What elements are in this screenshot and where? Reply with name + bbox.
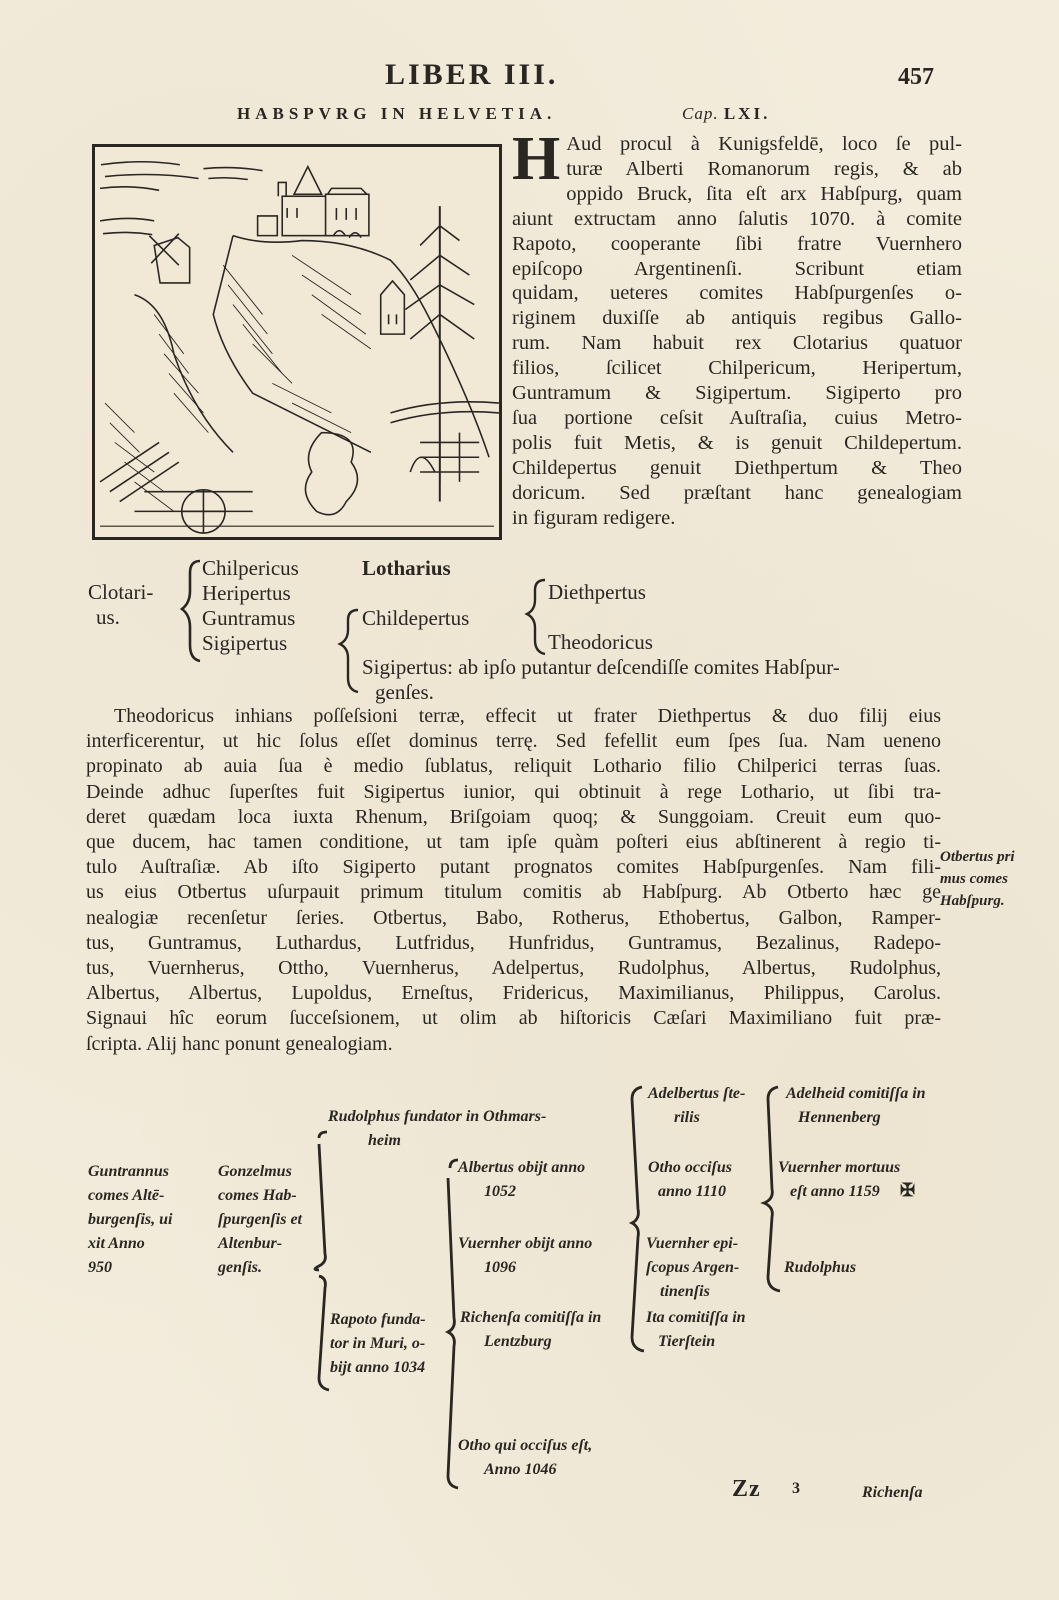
body-line: Signaui hîc eorum ſucceſsionem, ut olim … [86,1006,941,1031]
intro-line: Aud procul à Kunigsfeldē, loco ſe pul- [512,132,962,157]
node-line: Richenſa comitiſſa in [460,1306,601,1330]
node-line: 1096 [458,1256,592,1280]
intro-line: oppido Bruck, ſita eſt arx Habſpurg, qua… [512,182,962,207]
node-line: Guntrannus [88,1160,172,1184]
node-adelbertus: Adelbertus ſte- rilis [648,1082,745,1130]
marginal-line: mus comes [940,868,1050,890]
sigipertus-note-cont: genſes. [375,680,434,705]
woodcut-illustration [92,144,502,540]
marginal-line: Habſpurg. [940,890,1050,912]
intro-line: polis fuit Metis, & is genuit Childepert… [512,431,962,456]
great-grandson: Diethpertus [548,580,646,605]
intro-line: Guntramum & Sigipertum. Sigiperto pro [512,381,962,406]
node-line: ſcopus Argen- [646,1256,739,1280]
node-line: burgenſis, ui [88,1208,172,1232]
node-albertus: Albertus obijt anno 1052 [458,1156,585,1204]
signature-mark: Zz [732,1476,761,1503]
intro-line: in figuram redigere. [512,506,962,531]
marginal-note: Otbertus pri mus comes Habſpurg. [940,846,1050,912]
intro-line: doricum. Sed præſtant hanc genealogiam [512,481,962,506]
node-line: comes Hab- [218,1184,302,1208]
root-name-cont: us. [88,605,153,630]
intro-line: epiſcopo Argentinenſi. Scribunt etiam [512,257,962,282]
node-line: Vuernher obijt anno [458,1232,592,1256]
body-line: tus, Vuernherus, Ottho, Vuernherus, Adel… [86,956,941,981]
sigipertus-note: Sigipertus: ab ipſo putantur deſcendiſſe… [362,655,840,680]
intro-line: ſua portione ceſsit Auſtraſia, cuius Met… [512,406,962,431]
node-line: rilis [648,1106,745,1130]
marginal-line: Otbertus pri [940,846,1050,868]
intro-paragraph: H Aud procul à Kunigsfeldē, loco ſe pul-… [512,132,962,531]
body-paragraph: Theodoricus inhians poſſeſsioni terræ, e… [86,704,941,1057]
root-clotarius: Clotari- us. [88,580,153,630]
root-name: Clotari- [88,580,153,605]
brace-icon [525,578,549,658]
ornament-icon: ✠ [900,1178,915,1202]
sons-list: Chilpericus Heripertus Guntramus Sigiper… [202,556,299,656]
intro-line: quidam, ueteres comites Habſpurgenſes o- [512,281,962,306]
node-line: 1052 [458,1180,585,1204]
grandson-childepertus: Childepertus [362,606,469,631]
great-grandson: Theodoricus [548,630,653,655]
node-line: bijt anno 1034 [330,1356,426,1380]
node-rapoto: Rapoto funda- tor in Muri, o- bijt anno … [330,1308,426,1380]
body-line: deret quædam loca iuxta Rhenum, Briſgoia… [86,805,941,830]
node-line: comes Altē- [88,1184,172,1208]
body-line: que ducem, hac tamen conditione, ut tam … [86,830,941,855]
node-line: Hennenberg [786,1106,926,1130]
node-ita: Ita comitiſſa in Tierſtein [646,1306,746,1354]
node-line: heim [328,1129,546,1153]
node-line: Gonzelmus [218,1160,302,1184]
body-line: Albertus, Albertus, Lupoldus, Erneſtus, … [86,981,941,1006]
body-line: propinato ab auia ſua è medio ſublatus, … [86,754,941,779]
running-head: LIBER III. [385,58,558,92]
intro-line: rum. Nam habuit rex Clotarius quatuor [512,331,962,356]
node-otho-1046: Otho qui occiſus eſt, Anno 1046 [458,1434,592,1482]
catchword: Richenſa [862,1484,922,1502]
node-line: Vuernher epi- [646,1232,739,1256]
node-line: 950 [88,1256,172,1280]
chapter-roman-numeral: LXI. [724,104,770,123]
brace-icon [338,608,362,700]
node-line: Otho qui occiſus eſt, [458,1434,592,1458]
node-line: Albertus obijt anno [458,1156,585,1180]
node-line: genſis. [218,1256,302,1280]
node-adelheid: Adelheid comitiſſa in Hennenberg [786,1082,926,1130]
intro-line: riginem duxiſſe ab antiquis regibus Gall… [512,306,962,331]
node-line: Rapoto funda- [330,1308,426,1332]
node-line: Tierſtein [646,1330,746,1354]
node-line: anno 1110 [648,1180,732,1204]
node-line: Rudolphus fundator in Othmars- [328,1105,546,1129]
node-richensa: Richenſa comitiſſa in Lentzburg [460,1306,601,1354]
chapter-number: Cap. LXI. [682,104,770,124]
intro-line: Rapoto, cooperante ſibi fratre Vuernhero [512,232,962,257]
node-vuernher-1096: Vuernher obijt anno 1096 [458,1232,592,1280]
node-vuernher-episcopus: Vuernher epi- ſcopus Argen- tinenſis [646,1232,739,1304]
page-number: 457 [898,64,934,91]
node-gonzelmus: Gonzelmus comes Hab- ſpurgenſis et Alten… [218,1160,302,1280]
body-line: us eius Otbertus uſurpauit primum titulu… [86,880,941,905]
node-rudolphus: Rudolphus [784,1256,856,1280]
body-line: Deinde adhuc ſuperſtes fuit Sigipertus i… [86,780,941,805]
body-line: tus, Guntramus, Luthardus, Lutfridus, Hu… [86,931,941,956]
node-rudolphus-fundator: Rudolphus fundator in Othmars- heim [328,1105,546,1153]
node-line: Altenbur- [218,1232,302,1256]
node-line: ſpurgenſis et [218,1208,302,1232]
node-vuernher-1159: Vuernher mortuus eſt anno 1159 [778,1156,900,1204]
node-line: eſt anno 1159 [778,1180,900,1204]
intro-line: filios, ſcilicet Chilpericum, Heripertum… [512,356,962,381]
chapter-title: HABSPVRG IN HELVETIA. [237,104,556,124]
node-line: tinenſis [646,1280,739,1304]
castle-landscape-icon [95,147,499,537]
node-line: Otho occiſus [648,1156,732,1180]
body-line: ſcripta. Alij hanc ponunt genealogiam. [86,1032,941,1057]
drop-cap: H [512,136,560,184]
lotharius: Lotharius [362,556,451,581]
son: Guntramus [202,606,299,631]
body-line: interficerentur, ut hic ſolus eſſet domi… [86,729,941,754]
node-line: Ita comitiſſa in [646,1306,746,1330]
node-otho-1110: Otho occiſus anno 1110 [648,1156,732,1204]
chapter-label: Cap. [682,104,719,123]
node-line: Adelheid comitiſſa in [786,1082,926,1106]
son: Sigipertus [202,631,299,656]
node-line: tor in Muri, o- [330,1332,426,1356]
signature-number: 3 [792,1480,800,1498]
node-guntrannus: Guntrannus comes Altē- burgenſis, ui xit… [88,1160,172,1280]
intro-line: aiunt extructam anno ſalutis 1070. à com… [512,207,962,232]
intro-line: turæ Alberti Romanorum regis, & ab [512,157,962,182]
node-line: xit Anno [88,1232,172,1256]
node-line: Vuernher mortuus [778,1156,900,1180]
body-line: Theodoricus inhians poſſeſsioni terræ, e… [86,704,941,729]
node-line: Adelbertus ſte- [648,1082,745,1106]
node-line: Anno 1046 [458,1458,592,1482]
brace-icon [180,557,204,665]
body-line: nealogiæ recenſetur ſeries. Otbertus, Ba… [86,906,941,931]
node-line: Lentzburg [460,1330,601,1354]
son: Chilpericus [202,556,299,581]
intro-line: Childepertus genuit Diethpertum & Theo [512,456,962,481]
son: Heripertus [202,581,299,606]
body-line: tulo Auſtraſiæ. Ab iſto Sigiperto putant… [86,855,941,880]
